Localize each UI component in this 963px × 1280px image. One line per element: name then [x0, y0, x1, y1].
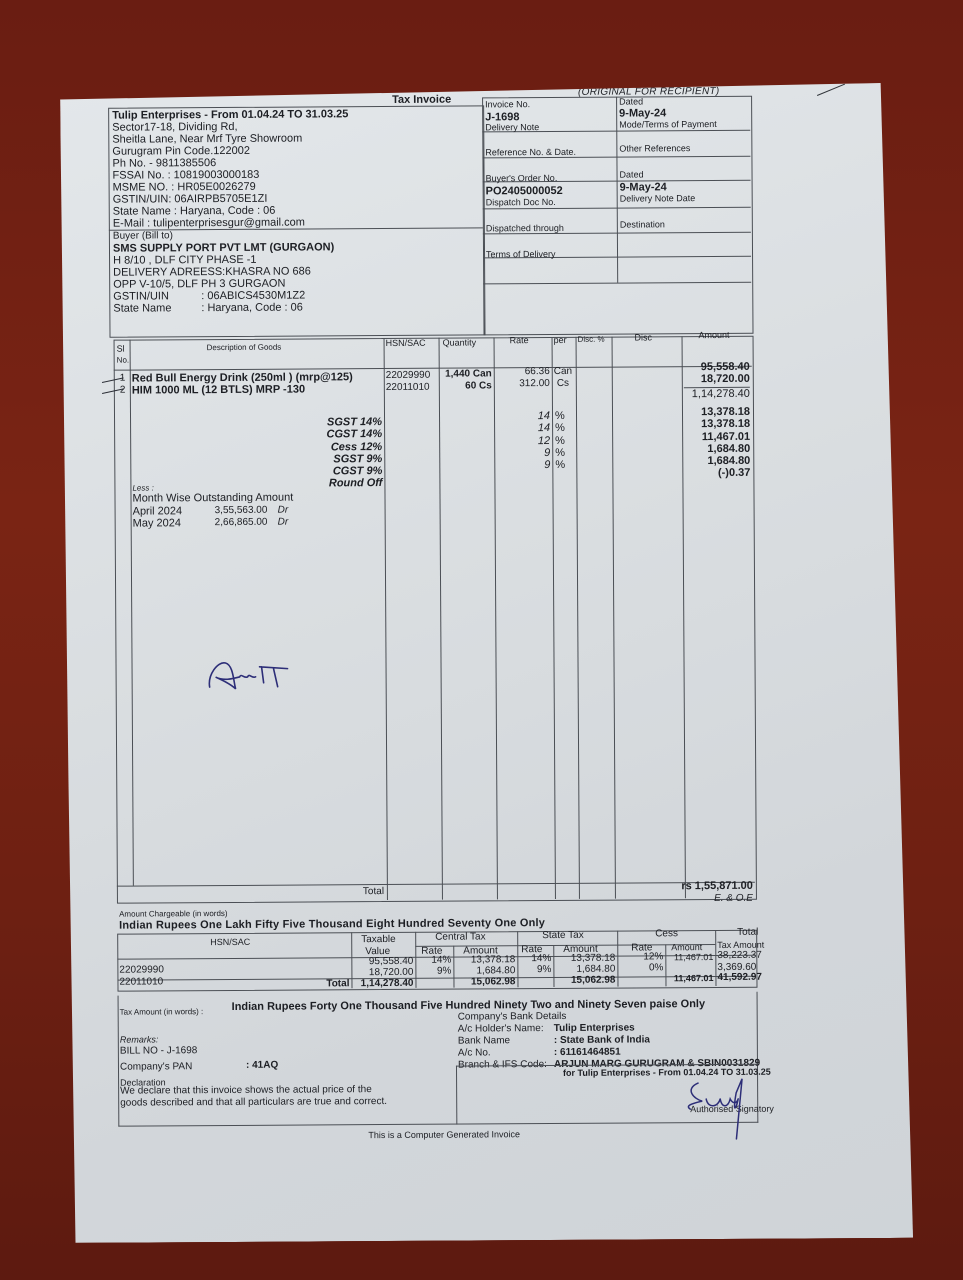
tax-row-1-central-rate: 14% [417, 955, 451, 966]
tax-rates: 14 14 12 9 9 [522, 410, 550, 472]
outstanding-month-2: May 2024 [133, 517, 181, 529]
remarks: BILL NO - J-1698 [120, 1045, 198, 1056]
outstanding-type-2: Dr [278, 517, 289, 528]
subtotal: 1,14,278.40 [682, 388, 750, 400]
tax-row-2-central-rate: 9% [417, 966, 451, 977]
buyer-gstin-label: GSTIN/UIN [113, 290, 201, 303]
tax-amounts: 13,378.18 13,378.18 11,467.01 1,684.80 1… [682, 406, 750, 480]
col-rate: Rate [510, 335, 529, 345]
tax-total-state: 15,062.98 [555, 975, 615, 986]
col-quantity: Quantity [443, 337, 477, 347]
delivery-note-label: Delivery Note [485, 122, 539, 132]
pen-mark [817, 84, 845, 96]
buyer-gstin: : 06ABICS4530M1Z2 [201, 290, 305, 303]
item-1-per: Can [554, 366, 572, 377]
item-2-quantity: 60 Cs [440, 380, 492, 391]
item-1-amount: 95,558.40 [682, 361, 750, 373]
tax-row-2-central-amount: 1,684.80 [455, 965, 515, 976]
col-description: Description of Goods [207, 343, 282, 352]
item-2-per: Cs [557, 378, 569, 389]
col-per: per [554, 335, 567, 345]
tax-label-sgst14: SGST 14% [222, 416, 382, 429]
item-2-sl: 2 [120, 385, 126, 396]
tax-row-2-taxable: 18,720.00 [353, 967, 413, 978]
holder-name: Tulip Enterprises [554, 1023, 635, 1034]
remarks-label: Remarks: [120, 1034, 159, 1044]
payment-terms-label: Mode/Terms of Payment [619, 119, 717, 130]
total-label: Total [363, 886, 384, 897]
other-refs-label: Other References [619, 143, 690, 153]
account-label: A/c No. [458, 1047, 554, 1060]
item-1-quantity: 1,440 Can [440, 368, 492, 379]
items-table [114, 336, 757, 904]
tax-col-total: Total [737, 927, 758, 938]
tax-label-roundoff: Round Off [222, 478, 382, 491]
dispatch-doc-label: Dispatch Doc No. [486, 197, 556, 207]
declaration: We declare that this invoice shows the a… [120, 1084, 387, 1110]
tax-row-1-cess-amount: 11,467.01 [667, 952, 713, 962]
outstanding-amount-2: 2,66,865.00 [215, 517, 268, 528]
tax-col-taxable: Taxable [361, 934, 396, 945]
item-2-hsn: 22011010 [386, 382, 430, 393]
dated-label: Dated [619, 96, 643, 106]
tax-amount: 1,684.80 [682, 455, 750, 468]
tax-col-cess-amount: Amount [671, 942, 702, 952]
grand-total: rs 1,55,871.00 [665, 880, 753, 893]
tax-total-amount: 41,592.97 [717, 972, 753, 983]
buyer-block: Buyer (Bill to) SMS SUPPLY PORT PVT LMT … [113, 229, 335, 314]
tax-row-1-state-rate: 14% [519, 953, 551, 964]
tax-row-2-state-rate: 9% [519, 964, 551, 975]
outstanding-amount-1: 3,55,563.00 [215, 505, 268, 516]
item-1-rate: 66.36 [502, 366, 550, 377]
col-no: No. [117, 356, 130, 365]
tax-row-2-state-amount: 1,684.80 [555, 964, 615, 975]
tax-total-taxable: 1,14,278.40 [353, 978, 413, 989]
item-1-hsn: 22029990 [386, 370, 431, 381]
tax-col-central: Central Tax [435, 931, 485, 942]
buyer-address-2: DELIVERY ADREESS:KHASRA NO 686 [113, 265, 334, 278]
tax-row-2-hsn: 22011010 [119, 976, 163, 987]
item-1-description: Red Bull Energy Drink (250ml ) (mrp@125) [132, 371, 353, 384]
tax-rate: 14 [522, 422, 550, 434]
bank-name-label: Bank Name [458, 1035, 554, 1048]
col-disc: Disc [635, 332, 653, 342]
bank-name: : State Bank of India [554, 1034, 650, 1046]
tax-unit: % [555, 435, 565, 447]
tax-unit: % [555, 459, 565, 471]
tax-label-sgst9: SGST 9% [222, 453, 382, 466]
pan-value: : 41AQ [246, 1060, 278, 1071]
tax-amount: 1,684.80 [682, 443, 750, 456]
tax-col-cess: Cess [655, 928, 678, 939]
buyer-state-label: State Name [113, 302, 201, 315]
buyers-order-label: Buyer's Order No. [486, 173, 558, 183]
signatory-signature [676, 1069, 766, 1150]
tax-col-tax-amount: Tax Amount [717, 940, 764, 950]
delivery-note-date-label: Delivery Note Date [620, 193, 696, 203]
tax-amount: 11,467.01 [682, 430, 750, 443]
tax-rate: 9 [522, 447, 550, 459]
buyers-order-no: PO2405000052 [486, 185, 563, 197]
tax-amount: (-)0.37 [682, 467, 750, 480]
tax-col-hsn: HSN/SAC [210, 937, 250, 947]
pan-label: Company's PAN [120, 1061, 192, 1072]
tax-amount: 13,378.18 [682, 418, 750, 431]
tax-label-cgst9: CGST 9% [222, 465, 382, 478]
tax-total-label: Total [305, 978, 349, 989]
item-2-description: HIM 1000 ML (12 BTLS) MRP -130 [132, 384, 305, 397]
tax-row-1-hsn: 22029990 [119, 964, 164, 975]
col-amount: Amount [698, 330, 729, 340]
tax-rate: 9 [522, 459, 550, 471]
tax-col-state: State Tax [542, 930, 584, 941]
seller-name: Tulip Enterprises - From 01.04.24 TO 31.… [112, 108, 348, 121]
tax-row-2-cess-rate: 0% [619, 962, 663, 973]
less-label: Less : [132, 483, 153, 492]
tax-label-cgst14: CGST 14% [222, 428, 382, 441]
col-sl: Sl [117, 344, 125, 354]
col-hsn: HSN/SAC [386, 338, 426, 348]
invoice-paper: Tax Invoice (ORIGINAL FOR RECIPIENT) Tul… [60, 83, 913, 1243]
tax-row-1-taxable: 95,558.40 [353, 956, 413, 967]
outstanding-label: Month Wise Outstanding Amount [132, 492, 293, 505]
account-no: : 61161464851 [554, 1047, 621, 1058]
tax-row-1-state-amount: 13,378.18 [555, 953, 615, 964]
document-title: Tax Invoice [392, 94, 451, 106]
tax-rate: 14 [522, 410, 550, 422]
tax-rate: 12 [522, 435, 550, 447]
item-2-amount: 18,720.00 [682, 373, 750, 385]
seller-block: Tulip Enterprises - From 01.04.24 TO 31.… [112, 108, 349, 229]
tax-amount: 13,378.18 [682, 406, 750, 419]
tax-unit: % [555, 422, 565, 434]
tax-total-cess: 11,467.01 [667, 973, 713, 983]
bank-details: Company's Bank Details A/c Holder's Name… [458, 1010, 761, 1072]
order-date: 9-May-24 [620, 181, 667, 193]
buyer-name: SMS SUPPLY PORT PVT LMT (GURGAON) [113, 241, 334, 254]
tax-units: % % % % % [555, 410, 565, 472]
declaration-line-2: goods described and that all particulars… [120, 1096, 387, 1110]
outstanding-type-1: Dr [278, 505, 289, 516]
order-dated-label: Dated [620, 169, 644, 179]
invoice-date: 9-May-24 [619, 107, 666, 119]
tax-unit: % [555, 410, 565, 422]
outstanding-month-1: April 2024 [133, 505, 183, 517]
tax-labels: SGST 14% CGST 14% Cess 12% SGST 9% CGST … [222, 416, 382, 491]
tax-row-1-central-amount: 13,378.18 [455, 954, 515, 965]
eoe-label: E. & O.E [665, 893, 753, 905]
tax-label-cess12: Cess 12% [222, 441, 382, 454]
handwritten-signature [203, 656, 323, 697]
destination-label: Destination [620, 219, 665, 229]
reference-label: Reference No. & Date. [485, 147, 576, 158]
terms-delivery-label: Terms of Delivery [486, 249, 556, 259]
tax-total-central: 15,062.98 [455, 976, 515, 987]
dispatched-through-label: Dispatched through [486, 223, 564, 233]
col-disc-pct: Disc. % [578, 335, 605, 344]
tax-row-1-total: 38,223.37 [717, 950, 753, 961]
item-2-rate: 312.00 [502, 378, 550, 389]
tax-unit: % [555, 447, 565, 459]
buyer-state: : Haryana, Code : 06 [201, 302, 303, 315]
amount-words: Indian Rupees One Lakh Fifty Five Thousa… [119, 917, 545, 932]
footer-note: This is a Computer Generated Invoice [368, 1129, 520, 1140]
tax-row-1-cess-rate: 12% [619, 951, 663, 962]
amount-words-label: Amount Chargeable (in words) [119, 909, 228, 919]
holder-label: A/c Holder's Name: [458, 1023, 554, 1036]
invoice-no-label: Invoice No. [485, 99, 530, 109]
